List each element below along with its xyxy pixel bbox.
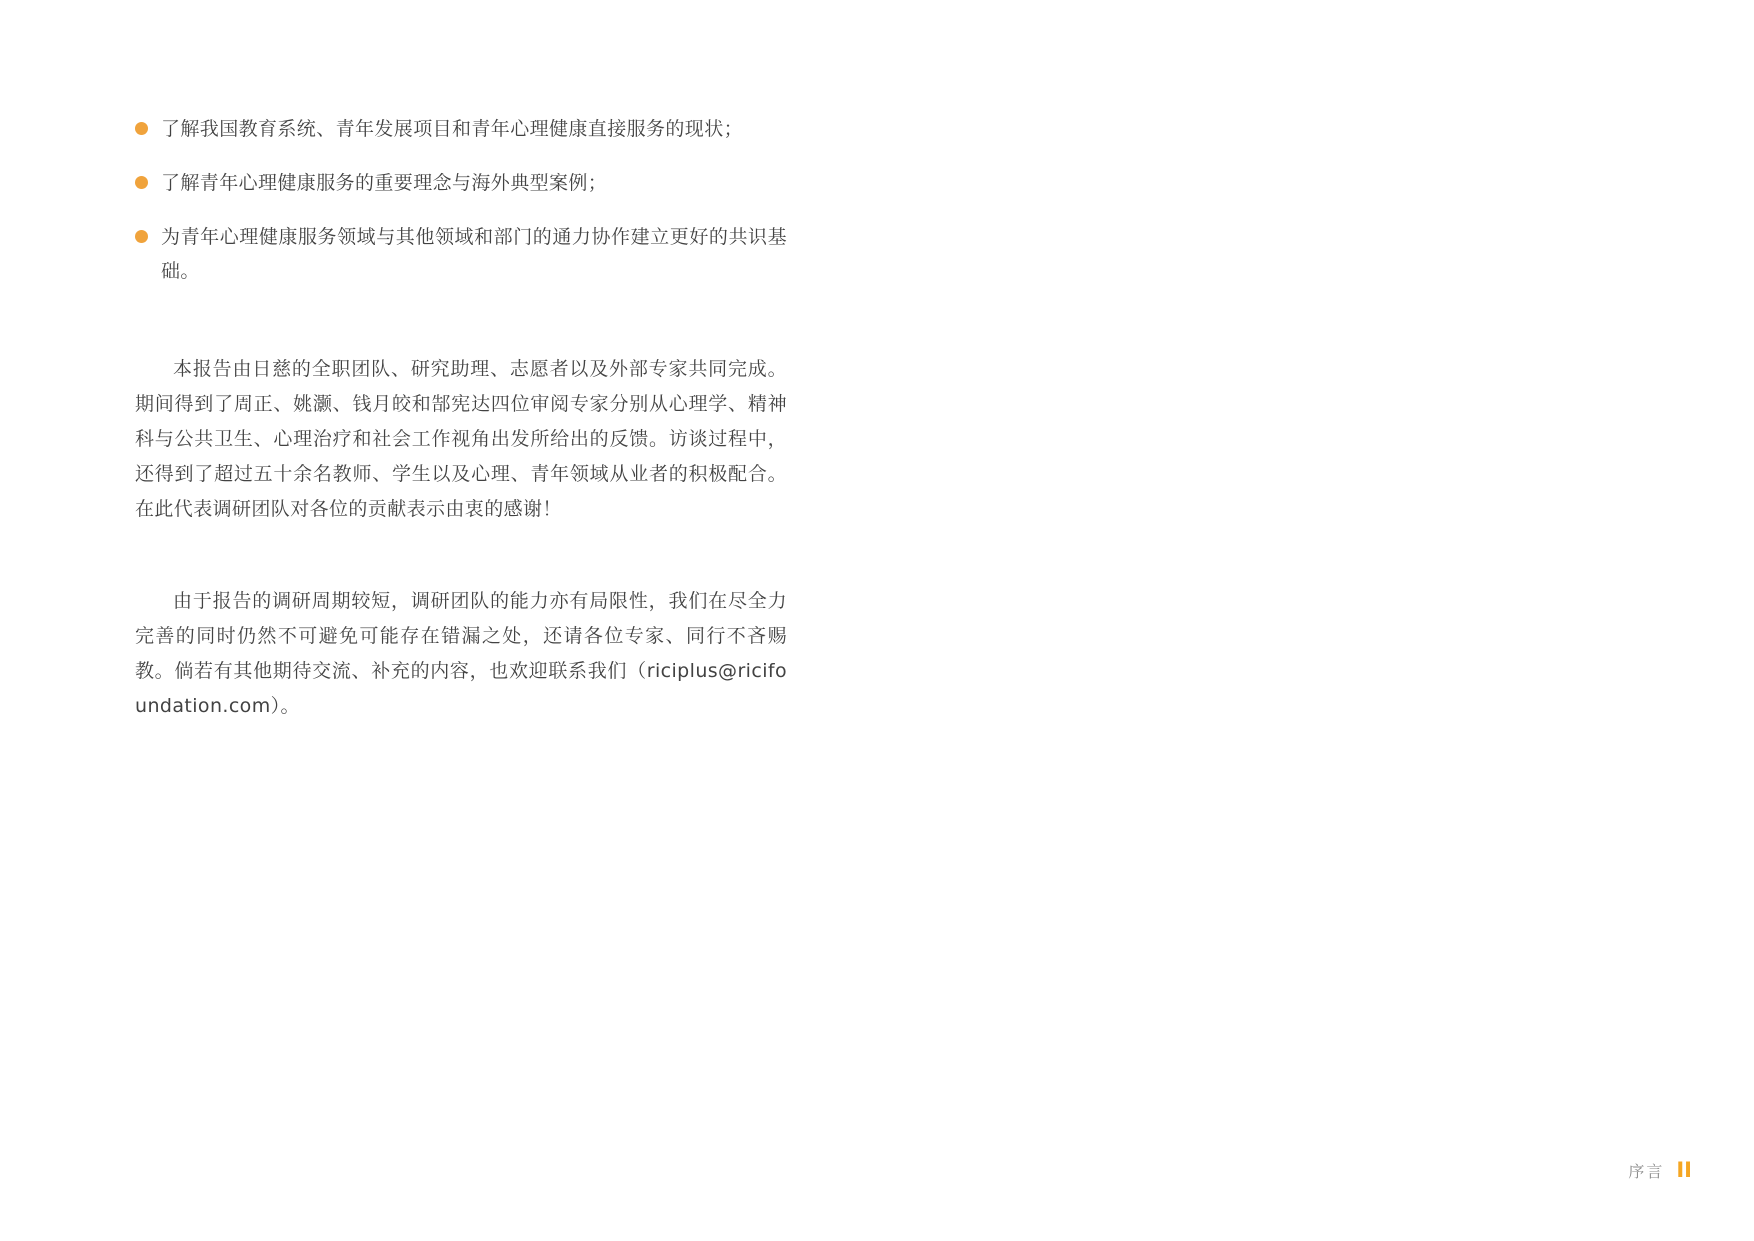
- bullet-dot-icon: [135, 122, 148, 135]
- paragraph-acknowledgement: 本报告由日慈的全职团队、研究助理、志愿者以及外部专家共同完成。期间得到了周正、姚…: [135, 352, 787, 527]
- list-item-text: 为青年心理健康服务领域与其他领域和部门的通力协作建立更好的共识基础。: [161, 220, 787, 288]
- document-page: 了解我国教育系统、青年发展项目和青年心理健康直接服务的现状； 了解青年心理健康服…: [0, 0, 1754, 1241]
- list-item-text: 了解我国教育系统、青年发展项目和青年心理健康直接服务的现状；: [161, 112, 743, 146]
- list-item: 为青年心理健康服务领域与其他领域和部门的通力协作建立更好的共识基础。: [135, 220, 787, 288]
- objectives-list: 了解我国教育系统、青年发展项目和青年心理健康直接服务的现状； 了解青年心理健康服…: [135, 112, 787, 288]
- page-number: II: [1676, 1158, 1692, 1182]
- bullet-dot-icon: [135, 176, 148, 189]
- paragraph-limitations-contact: 由于报告的调研周期较短，调研团队的能力亦有局限性，我们在尽全力完善的同时仍然不可…: [135, 584, 787, 724]
- section-label: 序言: [1628, 1159, 1664, 1182]
- list-item-text: 了解青年心理健康服务的重要理念与海外典型案例；: [161, 166, 607, 200]
- list-item: 了解我国教育系统、青年发展项目和青年心理健康直接服务的现状；: [135, 112, 787, 146]
- bullet-dot-icon: [135, 230, 148, 243]
- list-item: 了解青年心理健康服务的重要理念与海外典型案例；: [135, 166, 787, 200]
- body-paragraphs: 本报告由日慈的全职团队、研究助理、志愿者以及外部专家共同完成。期间得到了周正、姚…: [135, 352, 787, 724]
- page-footer: 序言 II: [1628, 1158, 1692, 1182]
- preface-content: 了解我国教育系统、青年发展项目和青年心理健康直接服务的现状； 了解青年心理健康服…: [135, 112, 787, 724]
